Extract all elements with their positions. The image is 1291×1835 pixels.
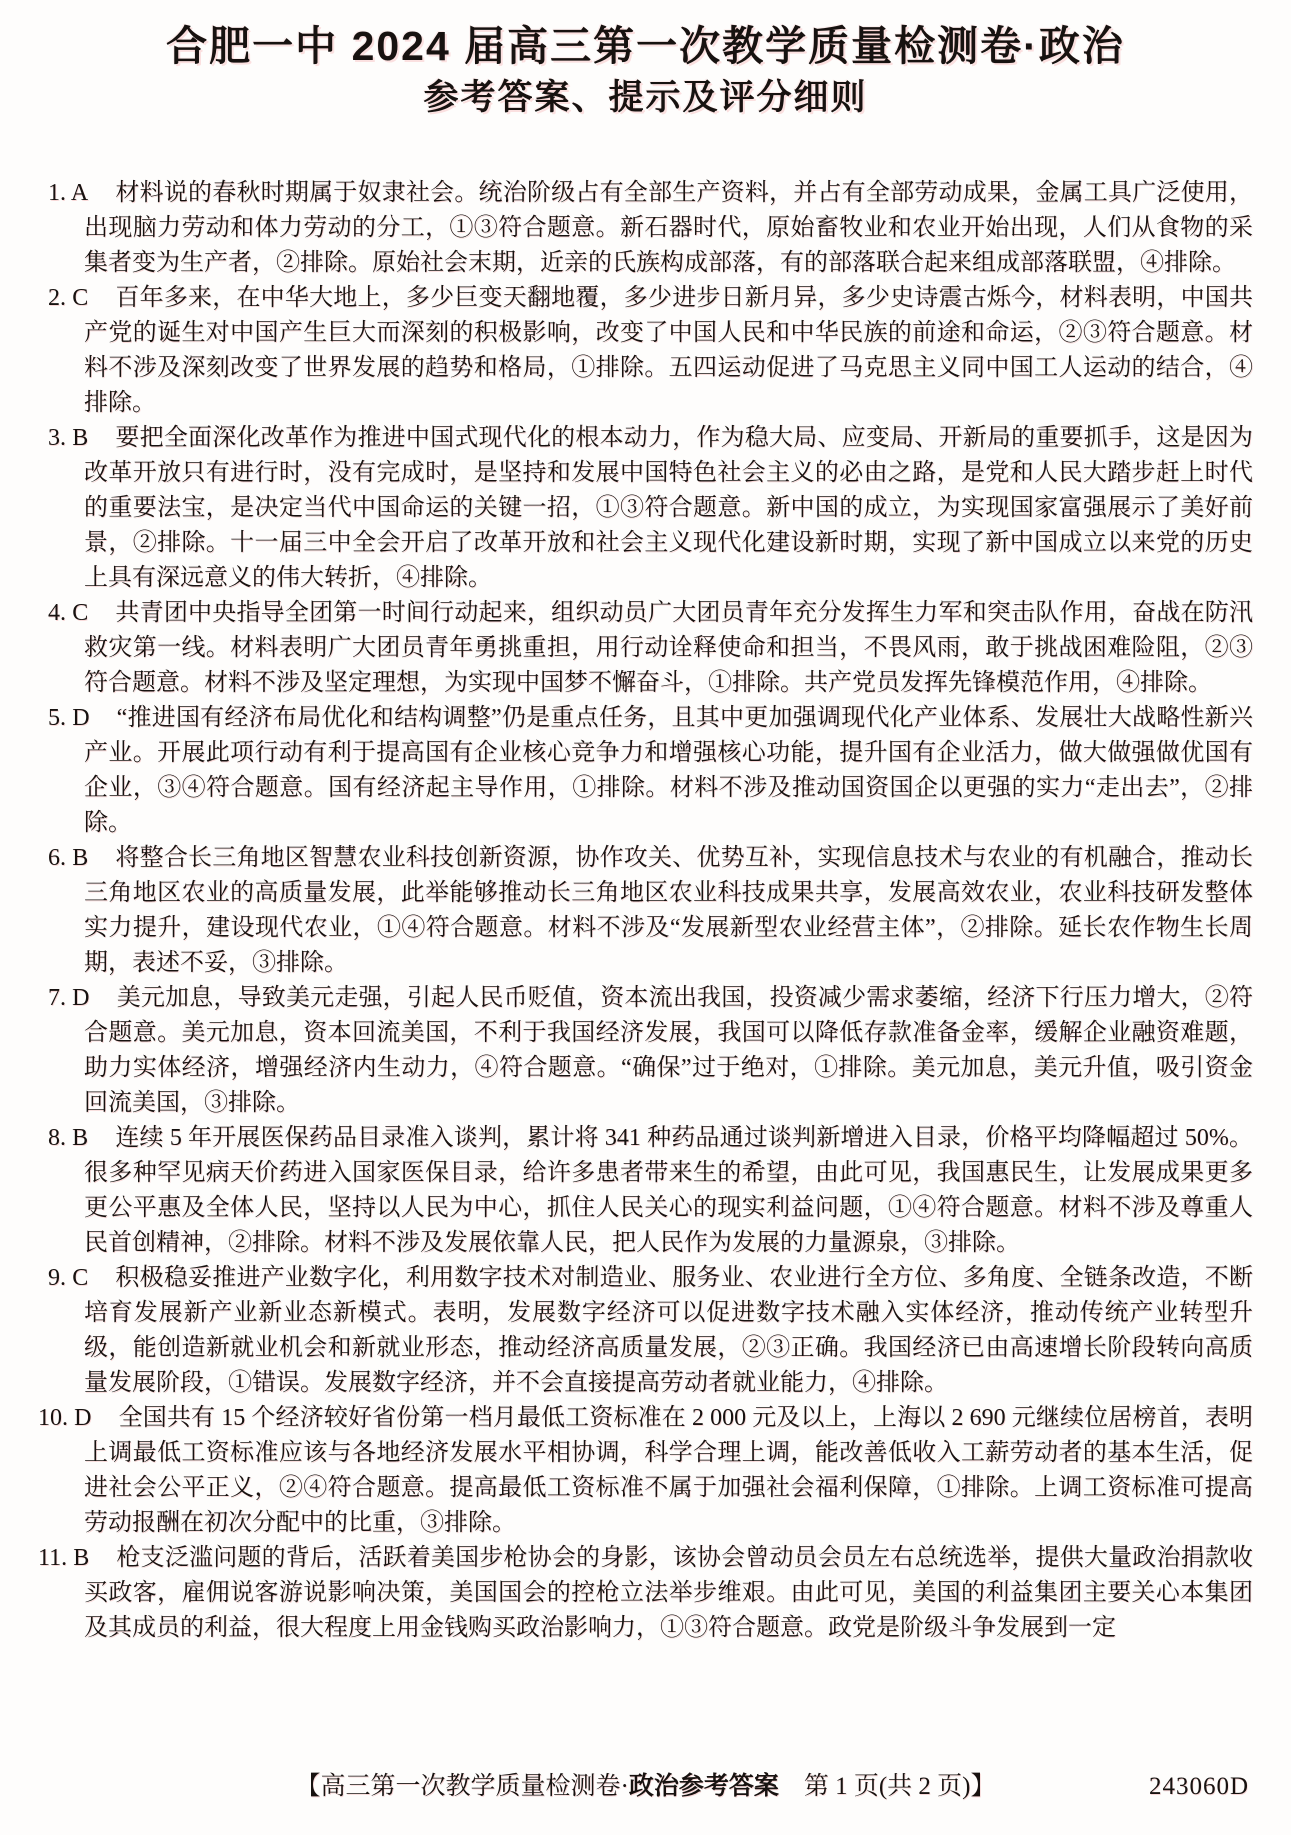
answer-item-4: 4. C共青团中央指导全团第一时间行动起来，组织动员广大团员青年充分发挥生力军和… [48,596,1253,701]
footer-page-number: 第 1 页(共 2 页)】 [779,1773,996,1800]
answer-explanation-4: 共青团中央指导全团第一时间行动起来，组织动员广大团员青年充分发挥生力军和突击队作… [84,600,1253,696]
answer-explanation-3: 要把全面深化改革作为推进中国式现代化的根本动力，作为稳大局、应变局、开新局的重要… [84,425,1253,591]
answer-item-1: 1. A材料说的春秋时期属于奴隶社会。统治阶级占有全部生产资料，并占有全部劳动成… [48,176,1253,281]
page-footer: 【高三第一次教学质量检测卷·政治参考答案 第 1 页(共 2 页)】 24306… [0,1770,1291,1804]
document-title: 合肥一中 2024 届高三第一次教学质量检测卷·政治 [0,0,1291,72]
answer-number-8: 8. B [48,1125,88,1151]
answer-explanation-6: 将整合长三角地区智慧农业科技创新资源，协作攻关、优势互补，实现信息技术与农业的有… [84,845,1253,976]
answer-explanation-5: “推进国有经济布局优化和结构调整”仍是重点任务，且其中更加强调现代化产业体系、发… [84,705,1253,836]
answer-item-7: 7. D美元加息，导致美元走强，引起人民币贬值，资本流出我国，投资减少需求萎缩，… [48,981,1253,1121]
answer-explanation-9: 积极稳妥推进产业数字化，利用数字技术对制造业、服务业、农业进行全方位、多角度、全… [84,1265,1253,1396]
answer-number-9: 9. C [48,1265,88,1291]
answer-number-10: 10. D [38,1405,91,1431]
footer-document-code: 243060D [1149,1770,1249,1804]
answer-item-5: 5. D“推进国有经济布局优化和结构调整”仍是重点任务，且其中更加强调现代化产业… [48,701,1253,841]
answer-item-9: 9. C积极稳妥推进产业数字化，利用数字技术对制造业、服务业、农业进行全方位、多… [48,1261,1253,1401]
document-subtitle: 参考答案、提示及评分细则 [0,76,1291,120]
answer-item-11: 11. B枪支泛滥问题的背后，活跃着美国步枪协会的身影，该协会曾动员会员左右总统… [38,1541,1253,1646]
answer-explanation-1: 材料说的春秋时期属于奴隶社会。统治阶级占有全部生产资料，并占有全部劳动成果，金属… [84,180,1253,276]
answer-item-3: 3. B要把全面深化改革作为推进中国式现代化的根本动力，作为稳大局、应变局、开新… [48,421,1253,596]
scanned-answer-key-page: 合肥一中 2024 届高三第一次教学质量检测卷·政治 参考答案、提示及评分细则 … [0,0,1291,1835]
answer-explanations-list: 1. A材料说的春秋时期属于奴隶社会。统治阶级占有全部生产资料，并占有全部劳动成… [48,176,1253,1646]
answer-number-2: 2. C [48,285,88,311]
answer-explanation-8: 连续 5 年开展医保药品目录准入谈判，累计将 341 种药品通过谈判新增进入目录… [84,1125,1253,1256]
answer-item-2: 2. C百年多来，在中华大地上，多少巨变天翻地覆，多少进步日新月异，多少史诗震古… [48,281,1253,421]
answer-number-1: 1. A [48,180,88,206]
answer-number-7: 7. D [48,985,90,1011]
footer-caption-pre: 【高三第一次教学质量检测卷· [296,1773,629,1800]
answer-item-8: 8. B连续 5 年开展医保药品目录准入谈判，累计将 341 种药品通过谈判新增… [48,1121,1253,1261]
answer-explanation-10: 全国共有 15 个经济较好省份第一档月最低工资标准在 2 000 元及以上，上海… [84,1405,1253,1536]
answer-number-5: 5. D [48,705,90,731]
answer-item-10: 10. D全国共有 15 个经济较好省份第一档月最低工资标准在 2 000 元及… [38,1401,1253,1541]
answer-number-11: 11. B [38,1545,89,1571]
answer-number-4: 4. C [48,600,88,626]
answer-item-6: 6. B将整合长三角地区智慧农业科技创新资源，协作攻关、优势互补，实现信息技术与… [48,841,1253,981]
footer-caption-bold: 政治参考答案 [629,1773,779,1800]
answer-explanation-2: 百年多来，在中华大地上，多少巨变天翻地覆，多少进步日新月异，多少史诗震古烁今，材… [84,285,1253,416]
answer-number-3: 3. B [48,425,88,451]
answer-explanation-11: 枪支泛滥问题的背后，活跃着美国步枪协会的身影，该协会曾动员会员左右总统选举，提供… [84,1545,1253,1641]
answer-number-6: 6. B [48,845,88,871]
answer-explanation-7: 美元加息，导致美元走强，引起人民币贬值，资本流出我国，投资减少需求萎缩，经济下行… [84,985,1253,1116]
